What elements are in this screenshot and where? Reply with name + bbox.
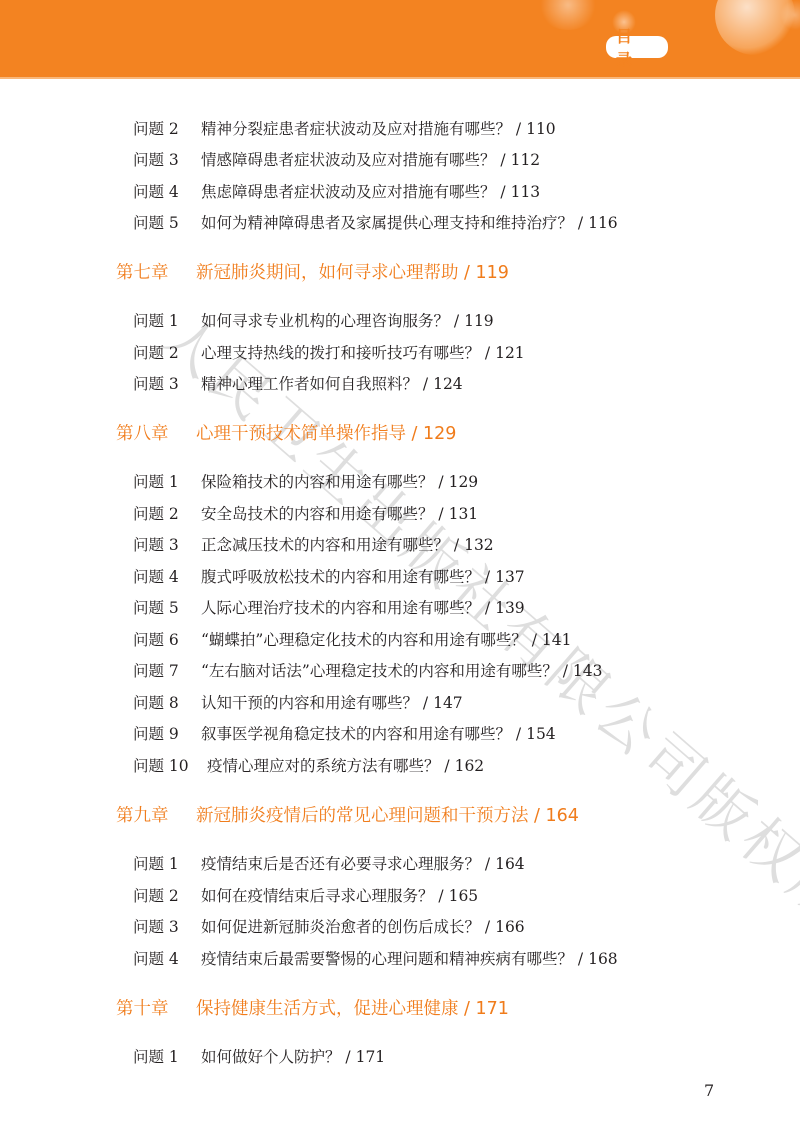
question-number: 问题 6 <box>133 628 201 650</box>
question-text: 如何寻求专业机构的心理咨询服务？ / 119 <box>201 312 494 330</box>
toc-question[interactable]: 问题 3情感障碍患者症状波动及应对措施有哪些？ / 112 <box>133 148 540 170</box>
question-number: 问题 3 <box>133 372 201 394</box>
toc-question[interactable]: 问题 3正念减压技术的内容和用途有哪些？ / 132 <box>133 533 494 555</box>
toc-question[interactable]: 问题 2如何在疫情结束后寻求心理服务？ / 165 <box>133 884 478 906</box>
toc-chapter-7[interactable]: 第七章新冠肺炎期间，如何寻求心理帮助 / 119 <box>116 259 509 284</box>
question-text: 精神分裂症患者症状波动及应对措施有哪些？ / 110 <box>201 120 556 138</box>
question-number: 问题 8 <box>133 691 201 713</box>
question-text: 认知干预的内容和用途有哪些？ / 147 <box>201 694 463 712</box>
question-number: 问题 4 <box>133 565 201 587</box>
question-text: “左右脑对话法”心理稳定技术的内容和用途有哪些？ / 143 <box>201 662 603 680</box>
question-number: 问题 2 <box>133 502 201 524</box>
question-text: 如何在疫情结束后寻求心理服务？ / 165 <box>201 887 478 905</box>
question-text: 如何为精神障碍患者及家属提供心理支持和维持治疗？ / 116 <box>201 214 618 232</box>
toc-question[interactable]: 问题 8认知干预的内容和用途有哪些？ / 147 <box>133 691 463 713</box>
question-text: 如何做好个人防护？ / 171 <box>201 1048 385 1066</box>
question-text: 疫情结束后是否还有必要寻求心理服务？ / 164 <box>201 855 525 873</box>
toc-question[interactable]: 问题 5人际心理治疗技术的内容和用途有哪些？ / 139 <box>133 596 525 618</box>
question-number: 问题 3 <box>133 533 201 555</box>
toc-question[interactable]: 问题 7“左右脑对话法”心理稳定技术的内容和用途有哪些？ / 143 <box>133 659 603 681</box>
chapter-title: 心理干预技术简单操作指导 / 129 <box>196 424 456 444</box>
toc-question[interactable]: 问题 1疫情结束后是否还有必要寻求心理服务？ / 164 <box>133 852 525 874</box>
question-text: 疫情心理应对的系统方法有哪些？ / 162 <box>207 757 484 775</box>
question-number: 问题 1 <box>133 852 201 874</box>
toc-badge: 目录 <box>606 36 668 58</box>
toc-question[interactable]: 问题 3如何促进新冠肺炎治愈者的创伤后成长？ / 166 <box>133 915 525 937</box>
toc-question[interactable]: 问题 9叙事医学视角稳定技术的内容和用途有哪些？ / 154 <box>133 722 556 744</box>
chapter-title: 新冠肺炎疫情后的常见心理问题和干预方法 / 164 <box>196 806 579 826</box>
question-number: 问题 5 <box>133 596 201 618</box>
toc-question[interactable]: 问题 4疫情结束后最需要警惕的心理问题和精神疾病有哪些？ / 168 <box>133 947 618 969</box>
question-number: 问题 1 <box>133 470 201 492</box>
question-text: 安全岛技术的内容和用途有哪些？ / 131 <box>201 505 478 523</box>
header-divider <box>0 77 800 79</box>
question-text: 精神心理工作者如何自我照料？ / 124 <box>201 375 463 393</box>
question-number: 问题 4 <box>133 180 201 202</box>
chapter-number: 第十章 <box>116 995 196 1020</box>
question-number: 问题 10 <box>133 754 207 776</box>
toc-question[interactable]: 问题 1如何寻求专业机构的心理咨询服务？ / 119 <box>133 309 494 331</box>
question-number: 问题 4 <box>133 947 201 969</box>
toc-question[interactable]: 问题 1保险箱技术的内容和用途有哪些？ / 129 <box>133 470 478 492</box>
question-number: 问题 1 <box>133 309 201 331</box>
virus-decoration-icon <box>538 0 598 30</box>
toc-question[interactable]: 问题 2安全岛技术的内容和用途有哪些？ / 131 <box>133 502 478 524</box>
question-number: 问题 7 <box>133 659 201 681</box>
toc-question[interactable]: 问题 4腹式呼吸放松技术的内容和用途有哪些？ / 137 <box>133 565 525 587</box>
toc-chapter-9[interactable]: 第九章新冠肺炎疫情后的常见心理问题和干预方法 / 164 <box>116 802 579 827</box>
chapter-title: 新冠肺炎期间，如何寻求心理帮助 / 119 <box>196 263 509 283</box>
question-number: 问题 9 <box>133 722 201 744</box>
question-number: 问题 1 <box>133 1045 201 1067</box>
question-text: 保险箱技术的内容和用途有哪些？ / 129 <box>201 473 478 491</box>
page-number: 7 <box>704 1081 714 1100</box>
question-number: 问题 5 <box>133 211 201 233</box>
question-text: 焦虑障碍患者症状波动及应对措施有哪些？ / 113 <box>201 183 540 201</box>
question-text: 人际心理治疗技术的内容和用途有哪些？ / 139 <box>201 599 525 617</box>
question-text: 叙事医学视角稳定技术的内容和用途有哪些？ / 154 <box>201 725 556 743</box>
header-banner: 目录 <box>0 0 800 77</box>
toc-question[interactable]: 问题 2精神分裂症患者症状波动及应对措施有哪些？ / 110 <box>133 117 556 139</box>
chapter-number: 第八章 <box>116 420 196 445</box>
toc-question[interactable]: 问题 1如何做好个人防护？ / 171 <box>133 1045 385 1067</box>
question-text: 疫情结束后最需要警惕的心理问题和精神疾病有哪些？ / 168 <box>201 950 618 968</box>
question-text: 情感障碍患者症状波动及应对措施有哪些？ / 112 <box>201 151 540 169</box>
toc-question[interactable]: 问题 5如何为精神障碍患者及家属提供心理支持和维持治疗？ / 116 <box>133 211 618 233</box>
question-number: 问题 2 <box>133 884 201 906</box>
chapter-title: 保持健康生活方式，促进心理健康 / 171 <box>196 999 509 1019</box>
toc-chapter-8[interactable]: 第八章心理干预技术简单操作指导 / 129 <box>116 420 456 445</box>
chapter-number: 第九章 <box>116 802 196 827</box>
question-text: “蝴蝶拍”心理稳定化技术的内容和用途有哪些？ / 141 <box>201 631 572 649</box>
toc-question[interactable]: 问题 3精神心理工作者如何自我照料？ / 124 <box>133 372 463 394</box>
question-text: 正念减压技术的内容和用途有哪些？ / 132 <box>201 536 494 554</box>
question-number: 问题 3 <box>133 915 201 937</box>
toc-question[interactable]: 问题 10疫情心理应对的系统方法有哪些？ / 162 <box>133 754 484 776</box>
question-text: 腹式呼吸放松技术的内容和用途有哪些？ / 137 <box>201 568 525 586</box>
toc-question[interactable]: 问题 4焦虑障碍患者症状波动及应对措施有哪些？ / 113 <box>133 180 540 202</box>
toc-question[interactable]: 问题 2心理支持热线的拨打和接听技巧有哪些？ / 121 <box>133 341 525 363</box>
question-number: 问题 2 <box>133 341 201 363</box>
question-number: 问题 3 <box>133 148 201 170</box>
chapter-number: 第七章 <box>116 259 196 284</box>
toc-chapter-10[interactable]: 第十章保持健康生活方式，促进心理健康 / 171 <box>116 995 509 1020</box>
question-number: 问题 2 <box>133 117 201 139</box>
question-text: 如何促进新冠肺炎治愈者的创伤后成长？ / 166 <box>201 918 525 936</box>
toc-question[interactable]: 问题 6“蝴蝶拍”心理稳定化技术的内容和用途有哪些？ / 141 <box>133 628 572 650</box>
question-text: 心理支持热线的拨打和接听技巧有哪些？ / 121 <box>201 344 525 362</box>
